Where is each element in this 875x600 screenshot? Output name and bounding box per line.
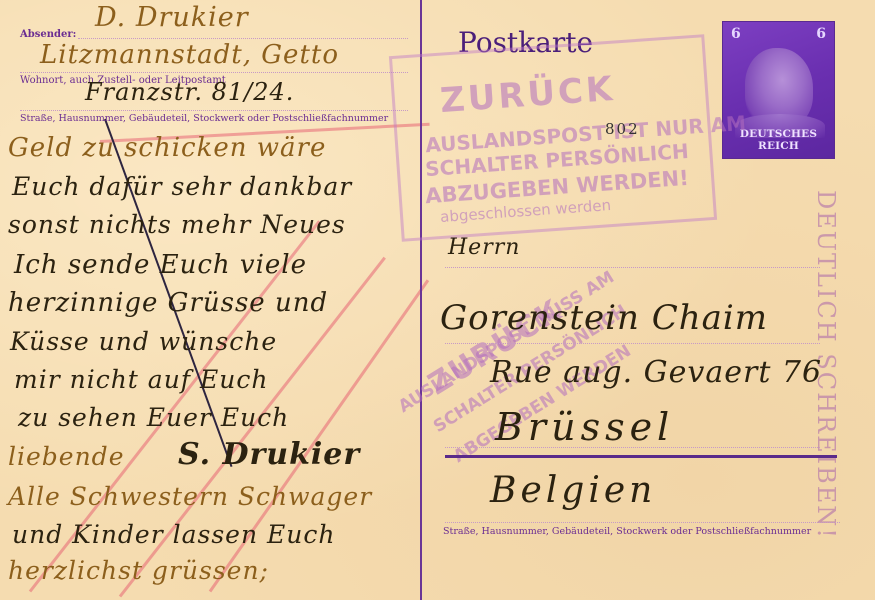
message-line: herzlichst grüssen;	[8, 556, 269, 585]
message-line: Geld zu schicken wäre	[8, 133, 326, 163]
message-line: Ich sende Euch viele	[14, 250, 307, 280]
sender-name: D. Drukier	[95, 2, 249, 33]
strasse-label: Straße, Hausnummer, Gebäudeteil, Stockwe…	[20, 113, 388, 124]
recipient-street: Rue aug. Gevaert 76	[490, 355, 822, 390]
sender-place: Litzmannstadt, Getto	[40, 40, 339, 70]
address-dotted-rule	[445, 343, 820, 344]
address-underline	[445, 455, 837, 458]
number-stamp: 802	[605, 120, 640, 138]
message-line: herzinnige Grüsse und	[8, 288, 328, 318]
address-dotted-rule	[445, 267, 820, 268]
recipient-country: Belgien	[490, 470, 656, 511]
message-line: zu sehen Euer Euch	[18, 403, 289, 432]
message-line: sonst nichts mehr Neues	[8, 210, 346, 239]
recipient-salutation: Herrn	[448, 235, 520, 260]
message-line: mir nicht auf Euch	[14, 365, 268, 394]
address-dotted-rule	[445, 522, 840, 523]
message-line: Euch dafür sehr dankbar	[12, 172, 352, 201]
recipient-street-label: Straße, Hausnummer, Gebäudeteil, Stockwe…	[443, 526, 811, 537]
sender-street: Franzstr. 81/24.	[85, 78, 294, 106]
absender-label: Absender:	[20, 29, 76, 40]
postcard: Absender: Wohnort, auch Zustell- oder Le…	[0, 0, 875, 600]
signature: S. Drukier	[178, 437, 360, 472]
recipient-city: Brüssel	[495, 405, 674, 449]
recipient-name: Gorenstein Chaim	[440, 298, 768, 338]
message-line: liebende	[8, 442, 124, 471]
message-line: und Kinder lassen Euch	[12, 520, 335, 549]
postage-stamp: 6 6 DEUTSCHES REICH	[723, 22, 834, 158]
dotted-rule	[20, 72, 408, 73]
dotted-rule	[20, 110, 408, 111]
message-line: Küsse und wünsche	[10, 327, 277, 356]
stamp-value-right: 6	[816, 26, 826, 42]
stamp-value-left: 6	[731, 26, 741, 42]
dotted-rule	[78, 38, 408, 39]
message-line: Alle Schwestern Schwager	[8, 482, 372, 511]
